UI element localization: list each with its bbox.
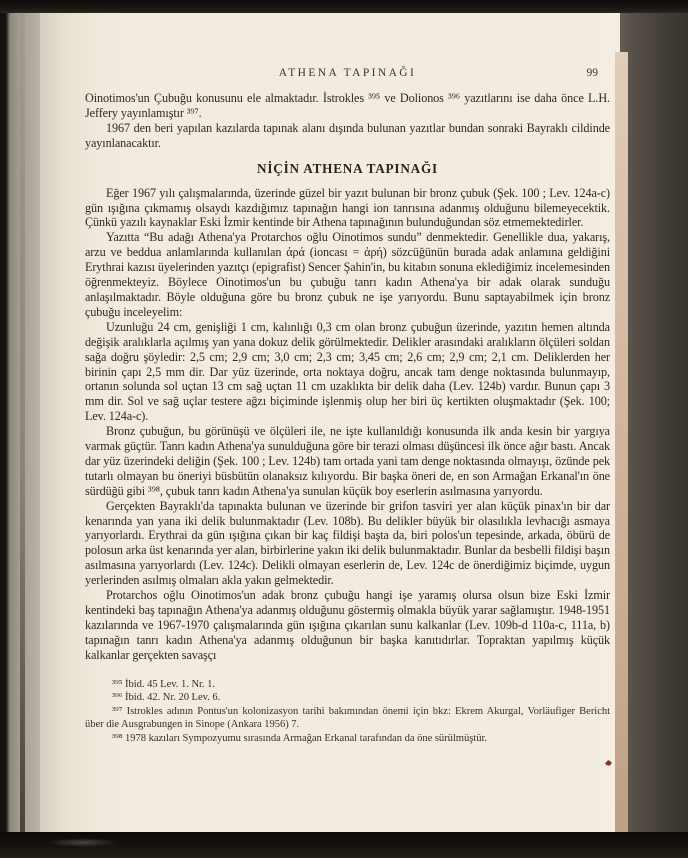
page-header: ATHENA TAPINAĞI 99: [85, 67, 610, 82]
footnote: ³⁹⁶ İbid. 42. Nr. 20 Lev. 6.: [85, 691, 610, 705]
gutter-crease-shadow: [20, 13, 25, 835]
scan-top-edge: [0, 0, 688, 13]
running-title: ATHENA TAPINAĞI: [85, 67, 610, 79]
book-cover-corner-highlight: [48, 838, 118, 847]
body-text: Oinotimos'un Çubuğu konusunu ele almakta…: [85, 91, 610, 745]
paragraph: Yazıtta “Bu adağı Athena'ya Protarchos o…: [85, 230, 610, 319]
book-scan: ATHENA TAPINAĞI 99 Oinotimos'un Çubuğu k…: [0, 0, 688, 858]
footnote: ³⁹⁵ İbid. 45 Lev. 1. Nr. 1.: [85, 678, 610, 692]
footnote: ³⁹⁸ 1978 kazıları Sympozyumu sırasında A…: [85, 732, 610, 746]
footnote: ³⁹⁷ Istrokles adının Pontus'un kolonizas…: [85, 705, 610, 732]
paragraph: 1967 den beri yapılan kazılarda tapınak …: [85, 121, 610, 151]
paragraph: Oinotimos'un Çubuğu konusunu ele almakta…: [85, 91, 610, 121]
paragraph: Uzunluğu 24 cm, genişliği 1 cm, kalınlığ…: [85, 320, 610, 424]
section-heading: NİÇİN ATHENA TAPINAĞI: [85, 161, 610, 177]
paragraph: Bronz çubuğun, bu görünüşü ve ölçüleri i…: [85, 424, 610, 499]
paragraph: Protarchos oğlu Oinotimos'un adak bronz …: [85, 588, 610, 663]
scan-background: { "header": { "running_title": "ATHENA T…: [0, 0, 688, 858]
book-page-edges: [615, 52, 628, 835]
paragraph: Eğer 1967 yılı çalışmalarında, üzerinde …: [85, 186, 610, 231]
paragraph: Gerçekten Bayraklı'da tapınakta bulunan …: [85, 499, 610, 588]
page-number: 99: [587, 67, 599, 79]
footnotes-block: ³⁹⁵ İbid. 45 Lev. 1. Nr. 1. ³⁹⁶ İbid. 42…: [85, 678, 610, 746]
book-page: ATHENA TAPINAĞI 99 Oinotimos'un Çubuğu k…: [40, 13, 620, 835]
